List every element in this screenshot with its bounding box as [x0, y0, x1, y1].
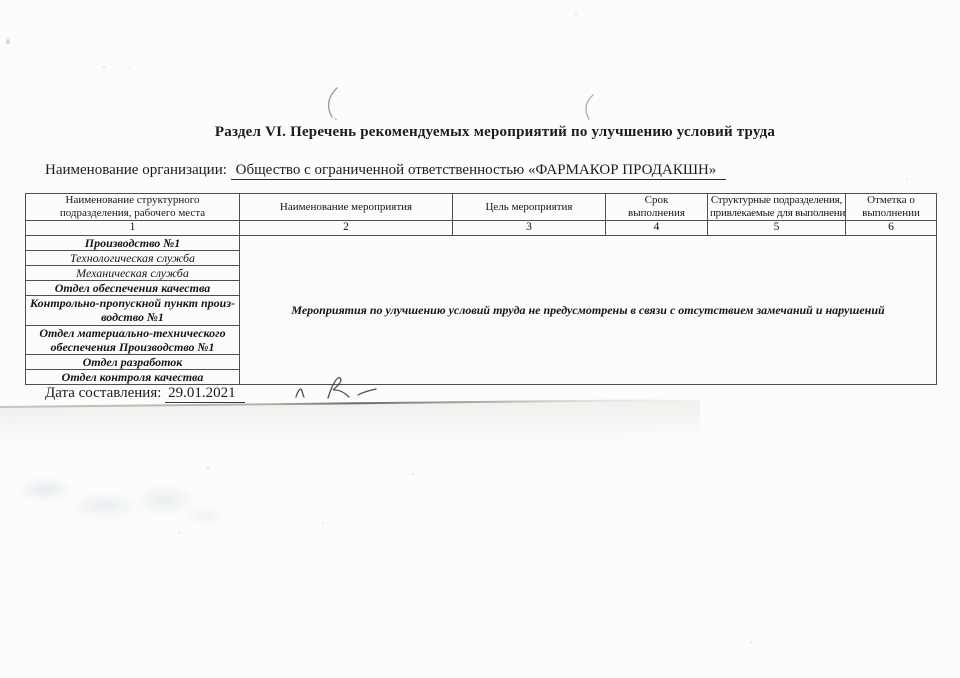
table-header-row: Наименование структурного подразделения,… [26, 194, 937, 221]
column-number: 5 [708, 221, 846, 236]
scan-speck [322, 522, 324, 524]
scan-speck [575, 13, 577, 15]
scan-speck [103, 66, 105, 68]
scan-speck [207, 467, 209, 469]
date-value: 29.01.2021 [165, 385, 245, 403]
col-header-deadline: Срок выполнения [606, 194, 708, 221]
col-header-subdivision: Наименование структурного подразделения,… [26, 194, 240, 221]
handwritten-parenthesis-mark-icon [581, 93, 599, 123]
unit-cell: Контрольно-пропускной пункт произ- водст… [26, 296, 240, 325]
scan-speck [6, 39, 10, 44]
table-row: Производство №1 Мероприятия по улучшению… [26, 235, 937, 250]
unit-cell: Технологическая служба [26, 250, 240, 265]
scan-speck [128, 68, 130, 69]
merged-note-cell: Мероприятия по улучшению условий труда н… [240, 235, 937, 385]
col-header-involved-units: Структурные подразделения, привлекаемые … [708, 194, 846, 221]
organization-line: Наименование организации: Общество с огр… [45, 162, 726, 179]
measures-table: Наименование структурного подразделения,… [25, 193, 937, 385]
date-line: Дата составления: 29.01.2021 [45, 385, 245, 402]
unit-cell: Отдел обеспечения качества [26, 281, 240, 296]
col-header-completion-mark: Отметка о выполнении [846, 194, 937, 221]
reverse-side-ink-ghost [10, 468, 240, 543]
unit-cell: Отдел контроля качества [26, 369, 240, 384]
unit-cell: Механическая служба [26, 265, 240, 280]
col-header-measure: Наименование мероприятия [240, 194, 453, 221]
column-number: 6 [846, 221, 937, 236]
organization-label: Наименование организации: [45, 162, 227, 178]
scan-speck [178, 532, 180, 534]
date-label: Дата составления: [45, 385, 161, 401]
unit-cell: Отдел материально-технического обеспечен… [26, 325, 240, 354]
page-edge-shadow-band [0, 400, 700, 449]
page-title: Раздел VI. Перечень рекомендуемых меропр… [30, 124, 960, 141]
col-header-purpose: Цель мероприятия [453, 194, 606, 221]
column-numbers-row: 1 2 3 4 5 6 [26, 221, 937, 236]
column-number: 2 [240, 221, 453, 236]
column-number: 3 [453, 221, 606, 236]
column-number: 4 [606, 221, 708, 236]
unit-cell: Производство №1 [26, 235, 240, 250]
organization-value: Общество с ограниченной ответственностью… [231, 162, 727, 180]
scan-speck [750, 641, 752, 643]
scan-speck [412, 473, 414, 475]
unit-cell: Отдел разработок [26, 354, 240, 369]
column-number: 1 [26, 221, 240, 236]
scan-speck [906, 178, 908, 180]
handwritten-parenthesis-mark-icon [322, 86, 344, 122]
